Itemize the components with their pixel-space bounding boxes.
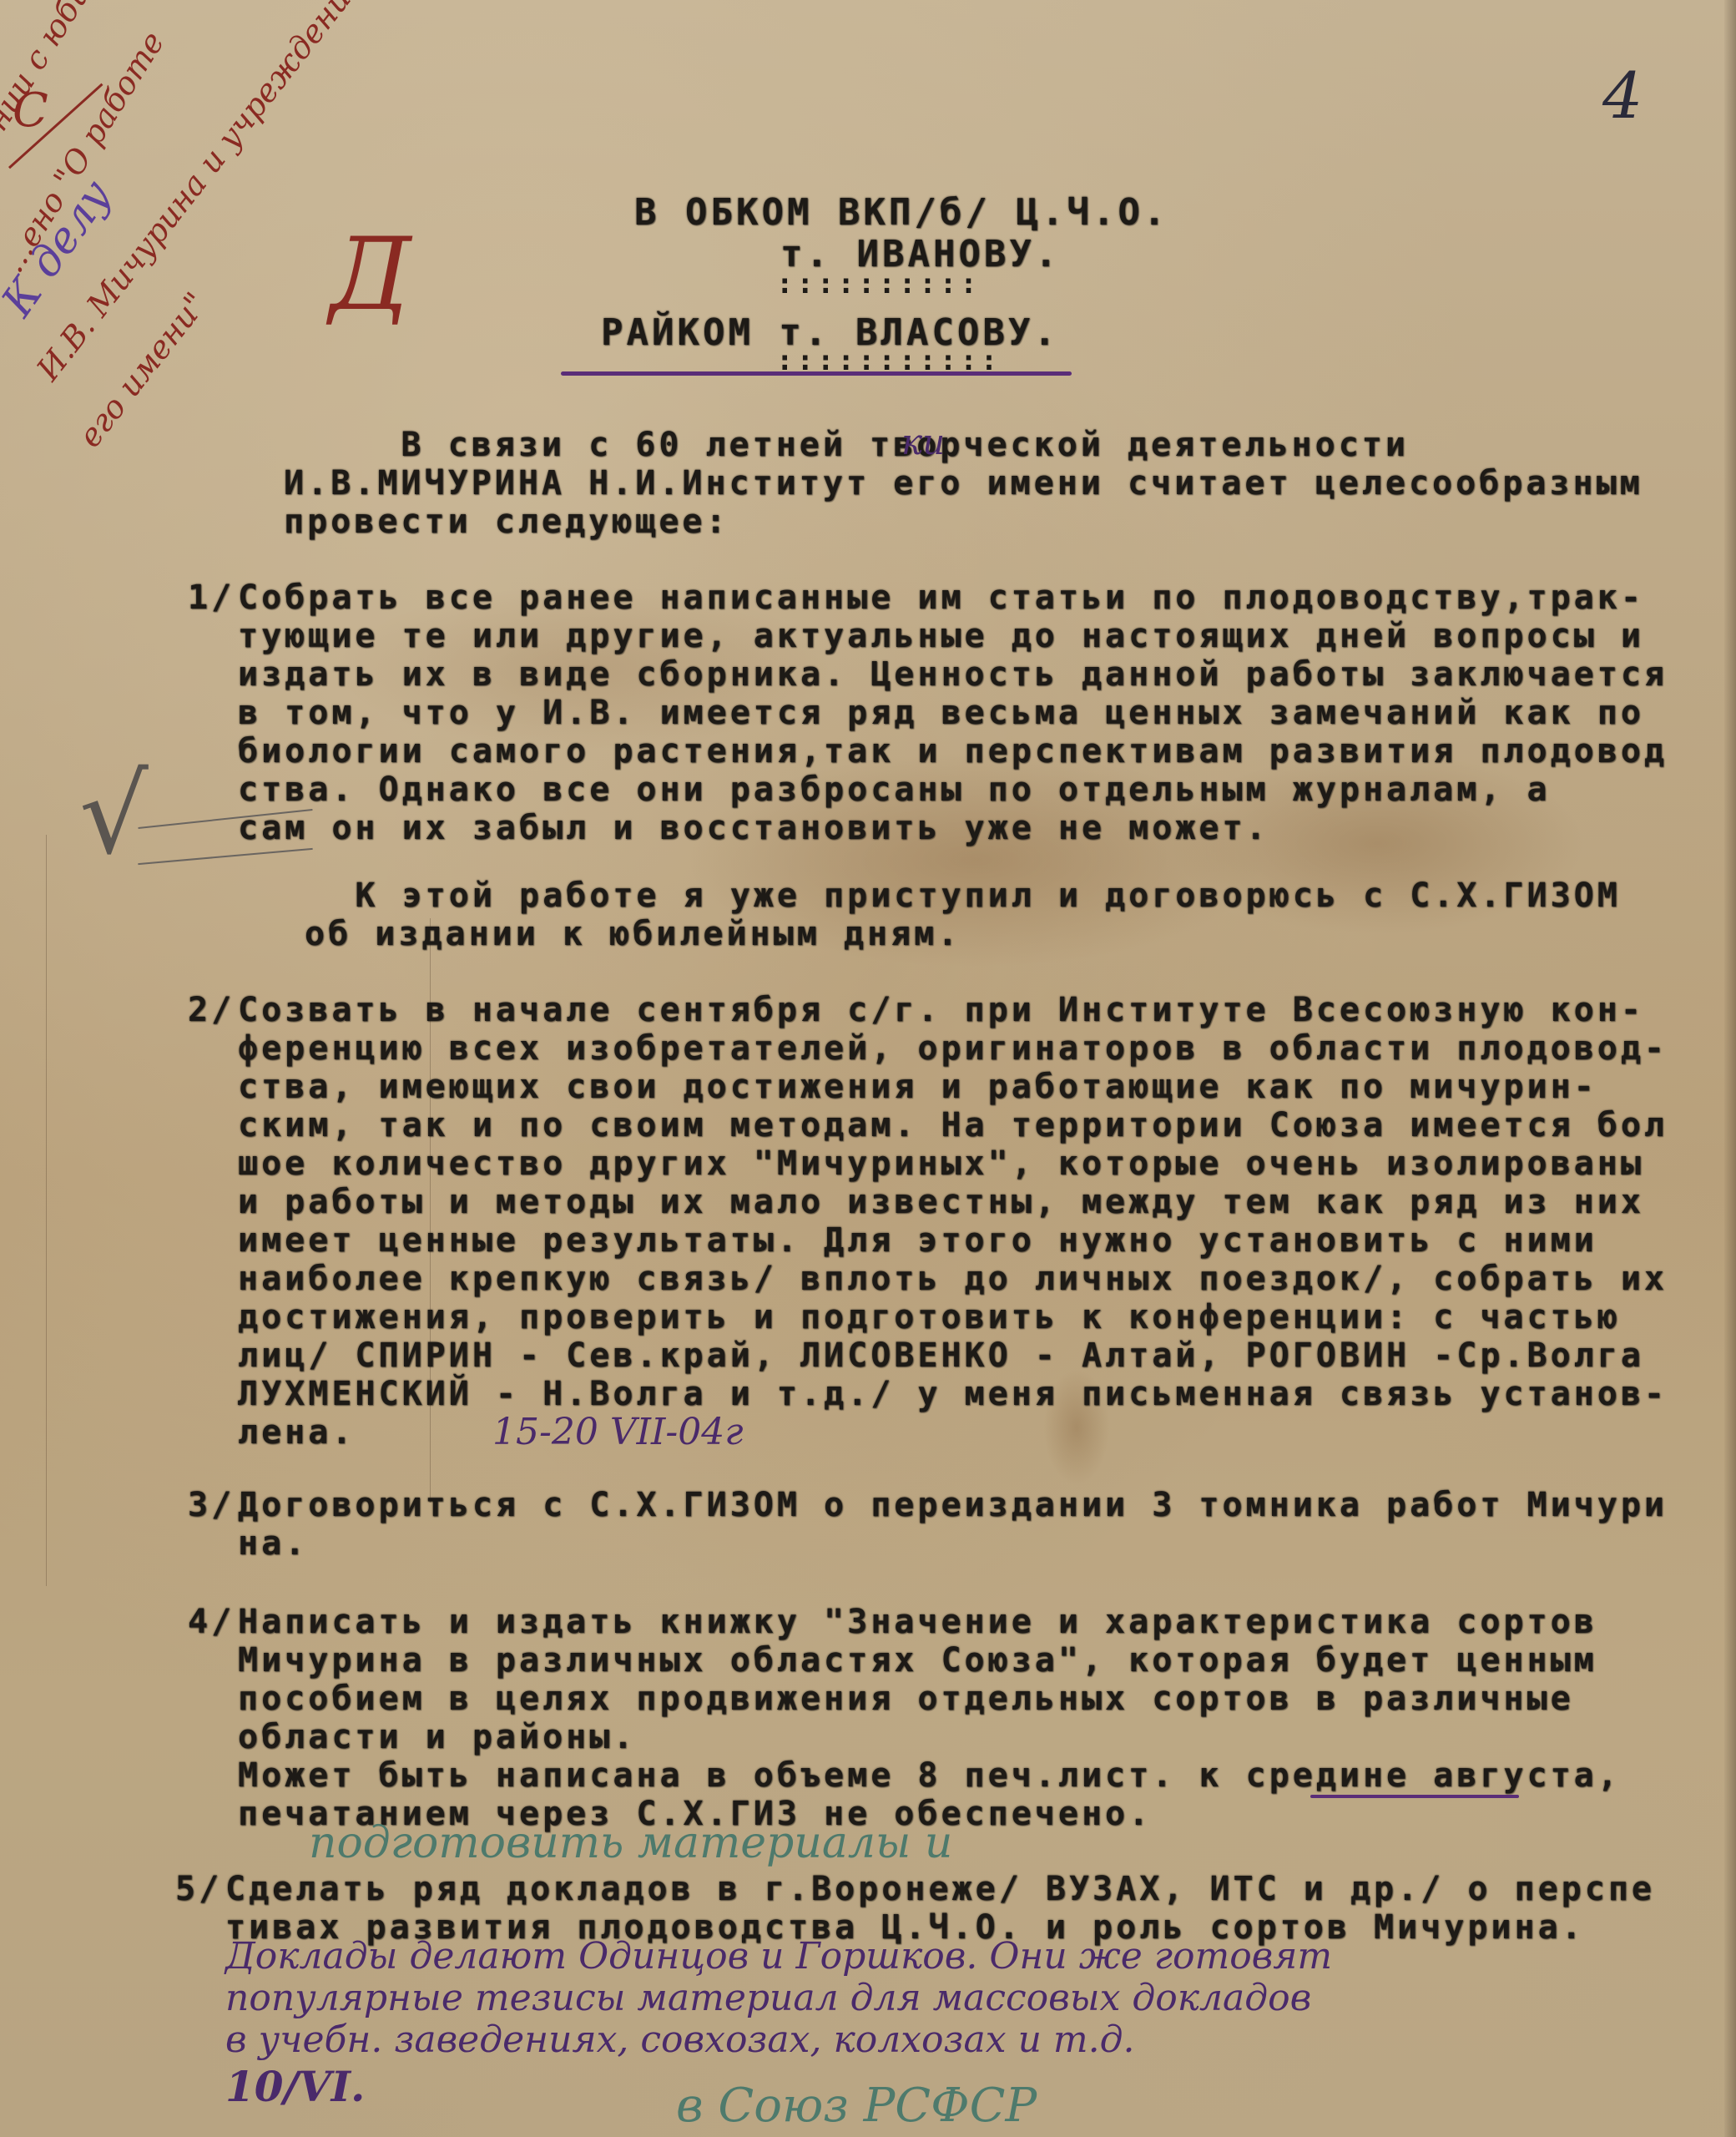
note-line: Доклады делают Одинцов и Горшков. Они же… <box>225 1935 1332 1978</box>
note-line: популярные тезисы материал для массовых … <box>225 1977 1311 2019</box>
text-line: В связи с 60 летней творческой деятельно… <box>284 426 1409 464</box>
recipient-line-1: В ОБКОМ ВКП/б/ Ц.Ч.О. <box>634 194 1168 232</box>
text-line: ства. Однако все они разбросаны по отдел… <box>238 770 1551 809</box>
fold-line <box>46 835 47 1586</box>
text-line: сам он их забыл и восстановить уже не мо… <box>238 809 1269 847</box>
text-line: в том, что у И.В. имеется ряд весьма цен… <box>238 694 1644 732</box>
text-line: лена. <box>238 1413 355 1452</box>
document-page: 4 С ...ении с юбилеем ...ено "О работе И… <box>0 0 1736 2137</box>
handwritten-date: 15-20 VII-04г <box>492 1411 743 1453</box>
text-line: наиболее крепкую связь/ вплоть до личных… <box>238 1260 1668 1298</box>
signature: Д <box>330 217 411 333</box>
text-line: и работы и методы их мало известны, межд… <box>238 1183 1644 1221</box>
text-line: об издании к юбилейным дням. <box>305 915 961 953</box>
pencil-checkmark: √ <box>79 751 149 878</box>
handwritten-insert: подготовить материалы и <box>309 1818 952 1868</box>
handwritten-underline <box>561 371 1072 376</box>
text-line: тующие те или другие, актуальные до наст… <box>238 617 1644 655</box>
text-line: Собрать все ранее написанные им статьи п… <box>238 578 1644 617</box>
text-line: ЛУХМЕНСКИЙ - Н.Волга и т.д./ у меня пись… <box>238 1375 1668 1413</box>
page-number: 4 <box>1602 58 1643 133</box>
text-line: Может быть написана в объеме 8 печ.лист.… <box>238 1756 1621 1795</box>
text-line: области и районы. <box>238 1718 636 1756</box>
text-line: ства, имеющих свои достижения и работающ… <box>238 1068 1597 1106</box>
pencil-stroke <box>138 848 312 865</box>
forwarding-note: в Союз РСФСР <box>676 2079 1037 2133</box>
text-line: ференцию всех изобретателей, оригинаторо… <box>238 1029 1668 1068</box>
text-line: Сделать ряд докладов в г.Воронеже/ ВУЗАХ… <box>225 1870 1655 1908</box>
handwritten-underline <box>1310 1795 1519 1798</box>
text-line: И.В.МИЧУРИНА Н.И.Институт его имени счит… <box>284 464 1643 503</box>
note-date: 10/VI. <box>225 2062 365 2111</box>
item-number: 3/ <box>188 1486 235 1524</box>
text-line: шое количество других "Мичуриных", котор… <box>238 1144 1644 1183</box>
text-line: Созвать в начале сентября с/г. при Инсти… <box>238 991 1644 1029</box>
paper-edge <box>1724 0 1736 2137</box>
text-line: достижения, проверить и подготовить к ко… <box>238 1298 1621 1336</box>
text-line: биологии самого растения,так и перспекти… <box>238 732 1668 770</box>
text-line: на. <box>238 1524 308 1563</box>
text-line: ским, так и по своим методам. На террито… <box>238 1106 1668 1144</box>
text-line: К этой работе я уже приступил и договорю… <box>238 877 1621 915</box>
text-line: имеет ценные результаты. Для этого нужно… <box>238 1221 1597 1260</box>
item-number: 4/ <box>188 1603 235 1641</box>
text-line: Написать и издать книжку "Значение и хар… <box>238 1603 1597 1641</box>
item-number: 5/ <box>175 1870 222 1908</box>
text-line: издать их в виде сборника. Ценность данн… <box>238 655 1668 694</box>
handwritten-insert: ки <box>901 422 945 462</box>
text-line: лиц/ СПИРИН - Сев.край, ЛИСОВЕНКО - Алта… <box>238 1336 1644 1375</box>
note-line: в учебн. заведениях, совхозах, колхозах … <box>225 2018 1134 2061</box>
item-number: 2/ <box>188 991 235 1029</box>
text-line: Договориться с С.Х.ГИЗОМ о переиздании 3… <box>238 1486 1668 1524</box>
text-line: пособием в целях продвижения отдельных с… <box>238 1680 1574 1718</box>
text-line: Мичурина в различных областях Союза", ко… <box>238 1641 1597 1680</box>
text-line: провести следующее: <box>284 503 729 541</box>
recipient-underline: :::::::::: <box>776 267 981 301</box>
item-number: 1/ <box>188 578 235 617</box>
